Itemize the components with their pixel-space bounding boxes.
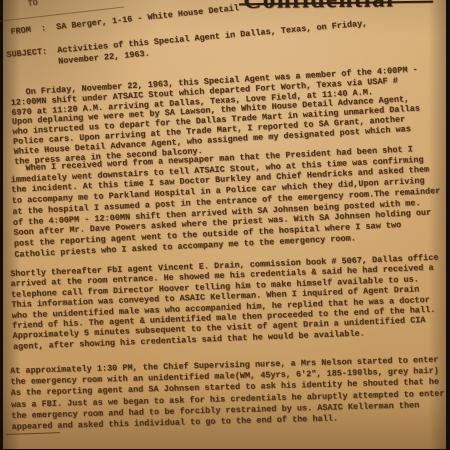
confidential-stamp: Confidential <box>243 0 395 15</box>
paragraph-fbi-cia-credentials: Shortly thereafter FbI agent Vincent E. … <box>10 253 441 353</box>
memo-photo: Confidential TO FROM : SA Berger, 1-16 -… <box>0 0 450 450</box>
paragraph-nurse-fbi-incident: At approximately 1:30 PM, the Chief Supe… <box>10 355 445 434</box>
memo-to-label: TO <box>27 0 38 9</box>
